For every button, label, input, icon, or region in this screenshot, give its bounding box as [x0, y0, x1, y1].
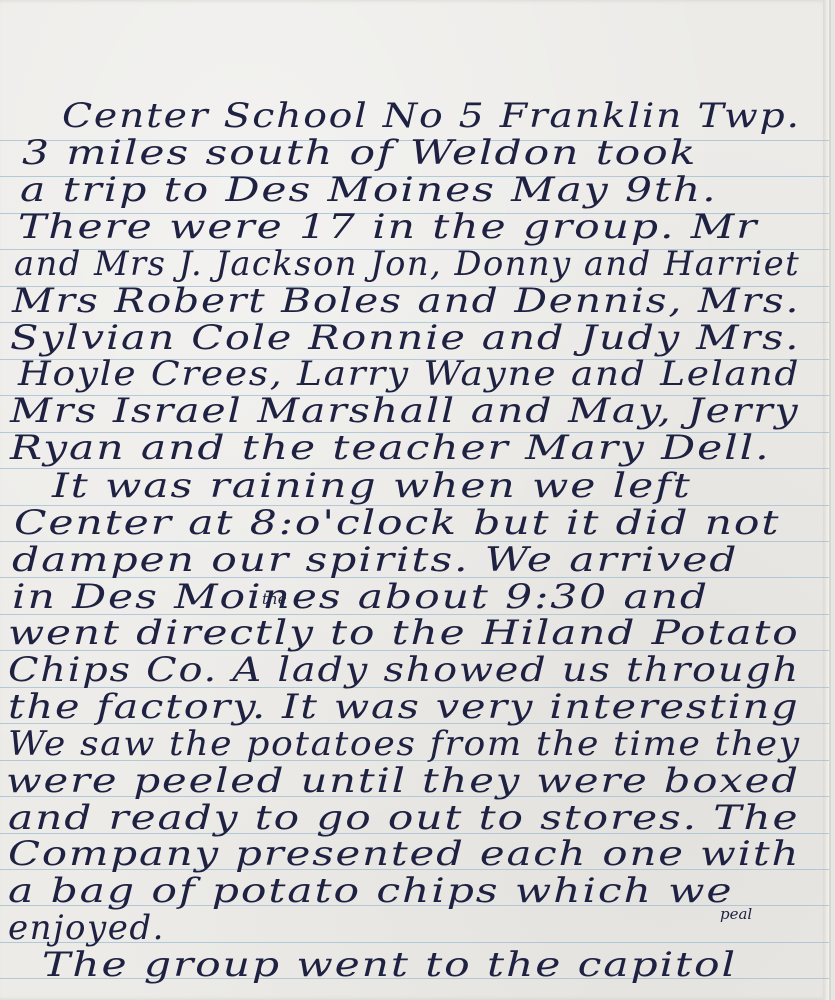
text-line: and ready to go out to stores. The — [8, 800, 799, 836]
text-line: dampen our spirits. We arrived — [12, 542, 738, 578]
text-line: There were 17 in the group. Mr — [18, 209, 758, 245]
text-line: a bag of potato chips which we — [8, 873, 733, 909]
text-line: a trip to Des Moines May 9th. — [20, 172, 718, 208]
text-line: and Mrs J. Jackson Jon, Donny and Harrie… — [14, 246, 800, 282]
text-line: the factory. It was very interesting — [8, 689, 800, 725]
text-line: Chips Co. A lady showed us through — [8, 652, 800, 688]
text-line: went directly to the Hiland Potato — [8, 615, 800, 651]
text-line: Sylvian Cole Ronnie and Judy Mrs. — [10, 320, 800, 356]
paragraph-start-line: It was raining when we left — [52, 468, 692, 504]
text-line: We saw the potatoes from the time they — [8, 726, 801, 762]
text-line: were peeled until they were boxed — [6, 763, 800, 799]
text-line: Company presented each one with — [8, 836, 800, 872]
text-line: Hoyle Crees, Larry Wayne and Leland — [18, 356, 800, 392]
insertion-annotation: peal — [720, 905, 752, 923]
text-line: 3 miles south of Weldon took — [22, 135, 697, 171]
ruled-paper-sheet: Center School No 5 Franklin Twp. 3 miles… — [0, 0, 831, 1000]
text-line: enjoyed. — [8, 910, 165, 946]
text-line: Ryan and the teacher Mary Dell. — [10, 430, 770, 466]
text-line: Mrs Robert Boles and Dennis, Mrs. — [12, 283, 800, 319]
text-line: Center at 8:o'clock but it did not — [14, 505, 780, 541]
text-line: in Des Moines about 9:30 and — [12, 579, 709, 615]
paragraph-start-line: The group went to the capitol — [42, 947, 737, 983]
text-line: Mrs Israel Marshall and May, Jerry — [10, 393, 799, 429]
insertion-annotation: the — [262, 590, 287, 608]
handwritten-text: Center School No 5 Franklin Twp. 3 miles… — [0, 0, 829, 1000]
text-line: Center School No 5 Franklin Twp. — [62, 98, 801, 134]
